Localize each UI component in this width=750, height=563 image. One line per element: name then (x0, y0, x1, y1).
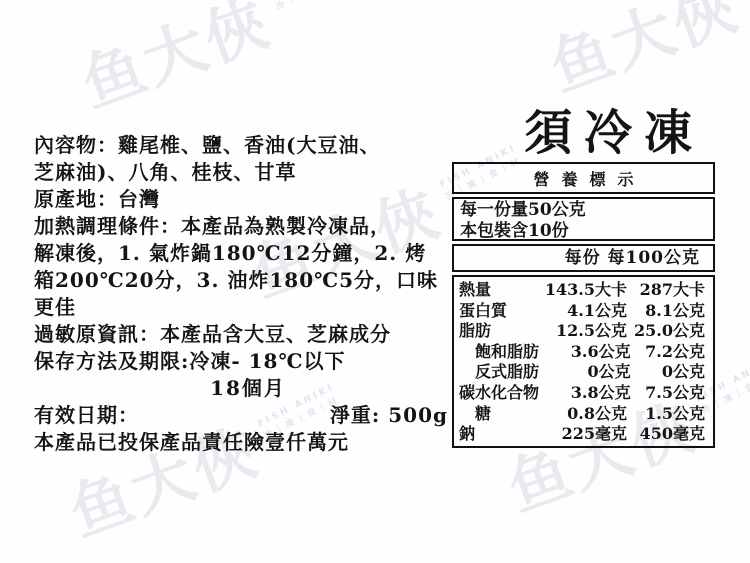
product-info-line: 箱200℃20分，3. 油炸180℃5分，口味 (34, 267, 462, 294)
nutrition-serving-info: 每一份量50公克 本包裝含10份 (452, 197, 715, 241)
nutrition-row: 脂肪12.5公克25.0公克 (459, 321, 705, 342)
nutrient-name: 反式脂肪 (459, 362, 539, 383)
nutrition-column-header: 每份 每100公克 (452, 244, 715, 272)
nutrient-name: 脂肪 (459, 321, 491, 342)
watermark-brand-text: 鱼大俠 (542, 0, 746, 100)
nutrition-row: 糖0.8公克1.5公克 (459, 404, 705, 425)
net-weight-value: 淨重: 500g (330, 402, 462, 429)
serving-size-line: 每一份量50公克 (460, 200, 707, 221)
per-serving-value: 4.1公克 (531, 301, 627, 322)
nutrition-table-title: 營養標示 (452, 162, 715, 194)
per-serving-value: 3.6公克 (539, 342, 631, 363)
nutrient-name: 鈉 (459, 424, 475, 445)
per-100g-value: 7.2公克 (631, 342, 705, 363)
per-serving-value: 3.8公克 (539, 383, 631, 404)
nutrient-name: 熱量 (459, 280, 491, 301)
servings-per-package-line: 本包裝含10份 (460, 221, 707, 242)
watermark-tagline: FISH ANIKI 冷｜凍｜食｜材 (267, 0, 355, 15)
product-info-line: 18個月 (34, 375, 462, 402)
nutrition-row: 蛋白質4.1公克8.1公克 (459, 301, 705, 322)
nutrition-table: 營養標示 每一份量50公克 本包裝含10份 每份 每100公克 熱量143.5大… (452, 162, 715, 451)
nutrition-row: 反式脂肪0公克0公克 (459, 362, 705, 383)
nutrient-name: 蛋白質 (459, 301, 507, 322)
product-info-line: 芝麻油)、八角、桂枝、甘草 (34, 159, 462, 186)
nutrient-name: 碳水化合物 (459, 383, 539, 404)
product-info-line: 原產地：台灣 (34, 186, 462, 213)
per-100g-value: 25.0公克 (627, 321, 705, 342)
per-serving-value: 12.5公克 (531, 321, 627, 342)
nutrition-row: 熱量143.5大卡287大卡 (459, 280, 705, 301)
per-serving-value: 0.8公克 (531, 404, 627, 425)
per-100g-value: 8.1公克 (627, 301, 705, 322)
per-100g-value: 450毫克 (627, 424, 705, 445)
per-100g-value: 0公克 (631, 362, 705, 383)
frozen-storage-notice: 須冷凍 (496, 94, 720, 163)
product-info-line: 保存方法及期限:冷凍- 18℃以下 (34, 348, 462, 375)
product-info-line: 更佳 (34, 294, 462, 321)
frozen-food-label: 鱼大俠 FISH ANIKI 冷｜凍｜食｜材 鱼大俠 FISH ANIKI 冷｜… (0, 0, 750, 563)
watermark-brand-text: 鱼大俠 (74, 0, 278, 116)
nutrition-row: 飽和脂肪3.6公克7.2公克 (459, 342, 705, 363)
watermark-fish-aniki: 鱼大俠 FISH ANIKI 冷｜凍｜食｜材 (74, 0, 368, 116)
watermark-fish-aniki: 鱼大俠 FISH ANIKI 冷｜凍｜食｜材 (542, 0, 750, 100)
per-serving-value: 143.5大卡 (531, 280, 627, 301)
product-info-line: 本產品已投保產品責任險壹仟萬元 (34, 429, 462, 456)
expiry-date-label: 有效日期： (34, 402, 139, 429)
nutrition-row: 碳水化合物3.8公克7.5公克 (459, 383, 705, 404)
nutrition-rows: 熱量143.5大卡287大卡蛋白質4.1公克8.1公克脂肪12.5公克25.0公… (452, 275, 715, 448)
per-100g-value: 7.5公克 (631, 383, 705, 404)
per-100g-value: 1.5公克 (627, 404, 705, 425)
product-info-line: 內容物：雞尾椎、鹽、香油(大豆油、 (34, 132, 462, 159)
per-serving-value: 225毫克 (531, 424, 627, 445)
per-100g-value: 287大卡 (627, 280, 705, 301)
product-info-line: 過敏原資訊：本產品含大豆、芝麻成分 (34, 321, 462, 348)
product-info-line: 加熱調理條件：本產品為熟製冷凍品， (34, 213, 462, 240)
per-serving-value: 0公克 (539, 362, 631, 383)
nutrient-name: 飽和脂肪 (459, 342, 539, 363)
nutrient-name: 糖 (459, 404, 491, 425)
product-info: 內容物：雞尾椎、鹽、香油(大豆油、芝麻油)、八角、桂枝、甘草原產地：台灣加熱調理… (34, 132, 462, 456)
watermark-tagline-zh: 冷｜凍｜食｜材 (275, 0, 354, 13)
nutrition-row: 鈉225毫克450毫克 (459, 424, 705, 445)
product-info-line: 解凍後，1. 氣炸鍋180℃12分鐘，2. 烤 (34, 240, 462, 267)
product-info-line: 有效日期：淨重: 500g (34, 402, 462, 429)
